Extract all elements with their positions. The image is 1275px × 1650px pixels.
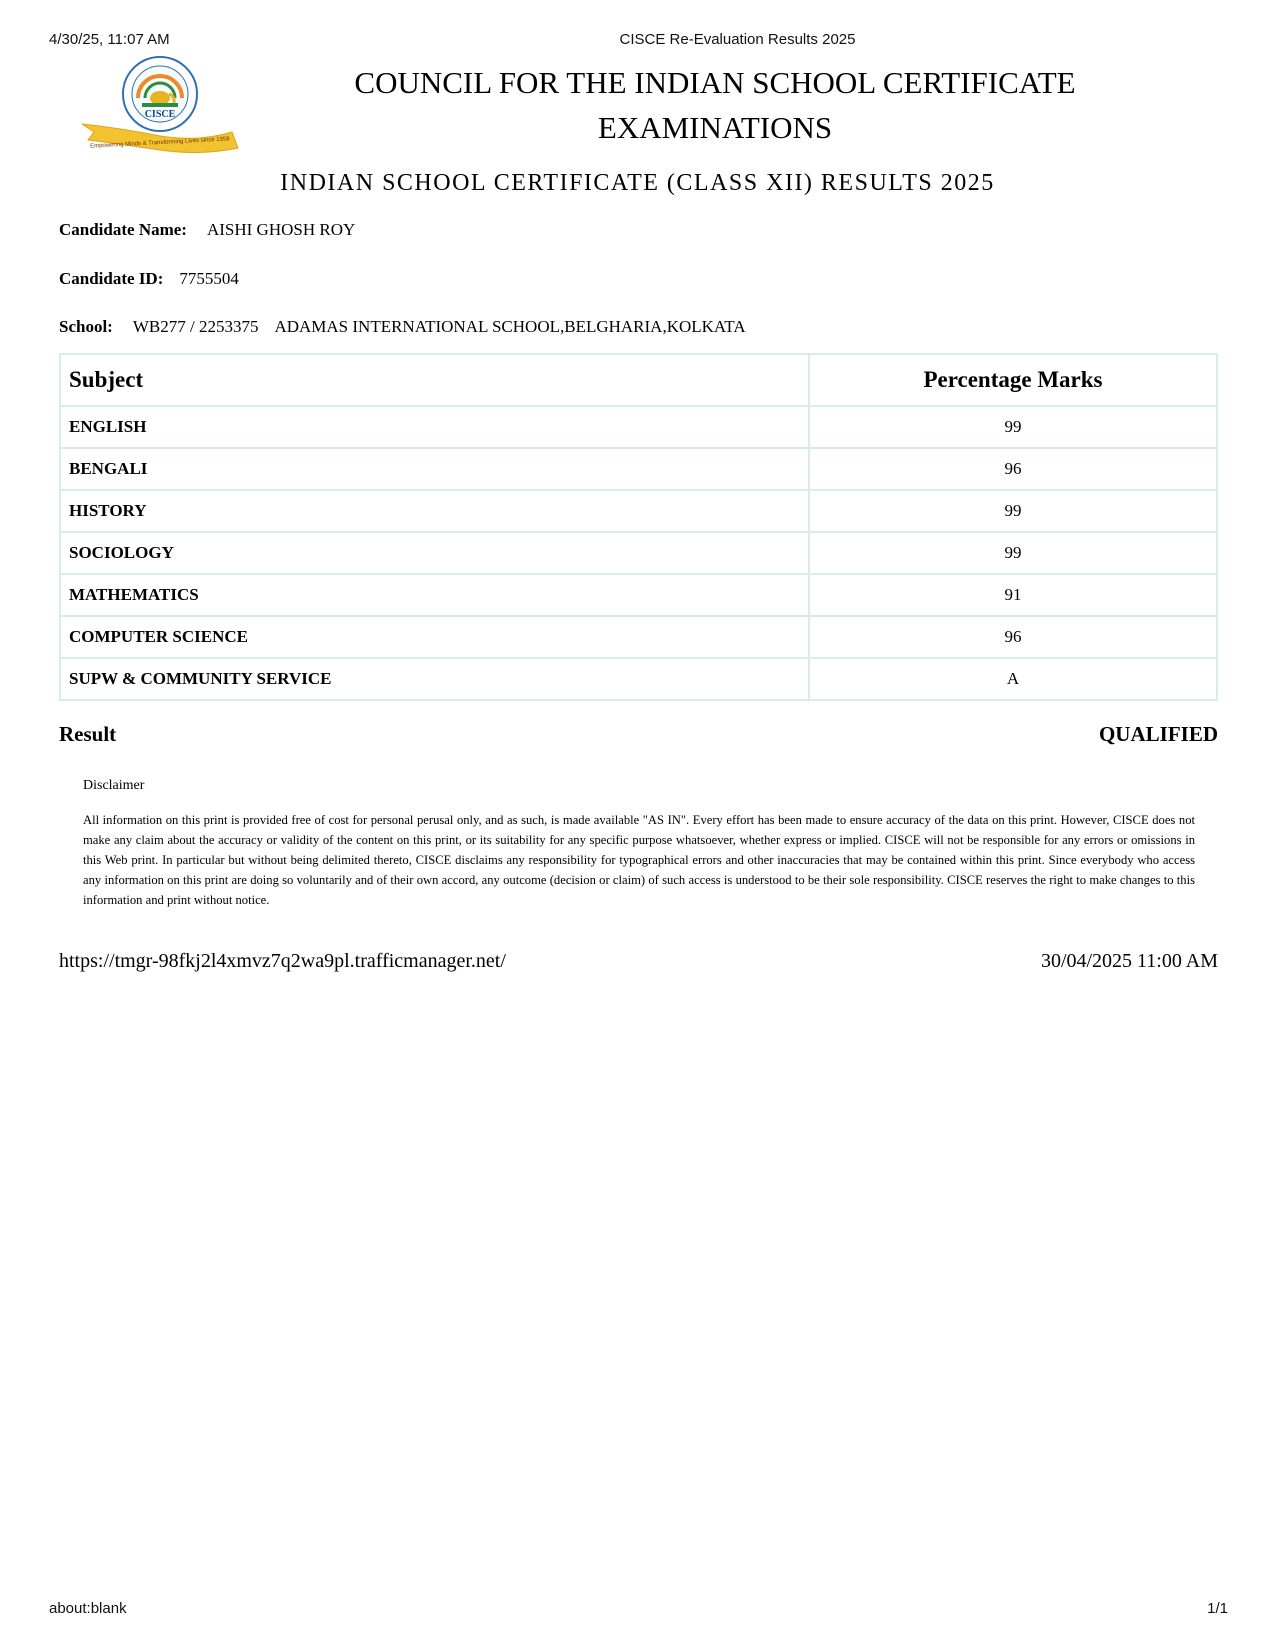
- generated-timestamp: 30/04/2025 11:00 AM: [1041, 950, 1218, 973]
- candidate-name-label: Candidate Name:: [59, 220, 187, 239]
- subject-cell: SUPW & COMMUNITY SERVICE: [60, 658, 809, 700]
- print-page-title: CISCE Re-Evaluation Results 2025: [0, 31, 1275, 48]
- subject-cell: COMPUTER SCIENCE: [60, 616, 809, 658]
- subject-cell: ENGLISH: [60, 406, 809, 448]
- school-row: School:WB277 / 2253375ADAMAS INTERNATION…: [59, 317, 746, 337]
- marks-cell: 96: [809, 448, 1217, 490]
- marks-cell: 99: [809, 406, 1217, 448]
- candidate-id: 7755504: [179, 269, 239, 288]
- result-label: Result: [59, 722, 116, 747]
- school-code: WB277 / 2253375: [133, 317, 259, 336]
- header-subject: Subject: [60, 354, 809, 406]
- school-name: ADAMAS INTERNATIONAL SCHOOL,BELGHARIA,KO…: [274, 317, 745, 336]
- marks-cell: 96: [809, 616, 1217, 658]
- school-label: School:: [59, 317, 113, 336]
- page-url[interactable]: https://tmgr-98fkj2l4xmvz7q2wa9pl.traffi…: [59, 950, 506, 973]
- marks-cell: 99: [809, 532, 1217, 574]
- council-title-line2: EXAMINATIONS: [330, 105, 1100, 150]
- subject-cell: MATHEMATICS: [60, 574, 809, 616]
- candidate-id-label: Candidate ID:: [59, 269, 163, 288]
- council-title: COUNCIL FOR THE INDIAN SCHOOL CERTIFICAT…: [330, 60, 1100, 150]
- marks-table: Subject Percentage Marks ENGLISH99 BENGA…: [59, 353, 1218, 701]
- table-row: BENGALI96: [60, 448, 1217, 490]
- print-page-number: 1/1: [1207, 1600, 1228, 1617]
- disclaimer-text: All information on this print is provide…: [83, 810, 1195, 910]
- header-percentage-marks: Percentage Marks: [809, 354, 1217, 406]
- table-row: ENGLISH99: [60, 406, 1217, 448]
- subject-cell: HISTORY: [60, 490, 809, 532]
- table-row: SUPW & COMMUNITY SERVICEA: [60, 658, 1217, 700]
- candidate-name: AISHI GHOSH ROY: [207, 220, 355, 239]
- council-title-line1: COUNCIL FOR THE INDIAN SCHOOL CERTIFICAT…: [330, 60, 1100, 105]
- table-row: HISTORY99: [60, 490, 1217, 532]
- table-row: MATHEMATICS91: [60, 574, 1217, 616]
- table-header-row: Subject Percentage Marks: [60, 354, 1217, 406]
- disclaimer-title: Disclaimer: [83, 778, 144, 794]
- marks-cell: 99: [809, 490, 1217, 532]
- table-row: COMPUTER SCIENCE96: [60, 616, 1217, 658]
- subject-cell: BENGALI: [60, 448, 809, 490]
- results-subtitle: INDIAN SCHOOL CERTIFICATE (CLASS XII) RE…: [0, 170, 1275, 197]
- cisce-logo-elephant-icon: CISCE Empowering Minds & Transforming Li…: [80, 56, 240, 161]
- result-value: QUALIFIED: [1099, 722, 1218, 747]
- print-location: about:blank: [49, 1600, 127, 1617]
- svg-text:CISCE: CISCE: [145, 109, 176, 120]
- marks-cell: A: [809, 658, 1217, 700]
- cisce-logo: CISCE Empowering Minds & Transforming Li…: [80, 56, 240, 161]
- subject-cell: SOCIOLOGY: [60, 532, 809, 574]
- candidate-id-row: Candidate ID:7755504: [59, 269, 239, 289]
- marks-cell: 91: [809, 574, 1217, 616]
- table-row: SOCIOLOGY99: [60, 532, 1217, 574]
- candidate-name-row: Candidate Name:AISHI GHOSH ROY: [59, 220, 355, 240]
